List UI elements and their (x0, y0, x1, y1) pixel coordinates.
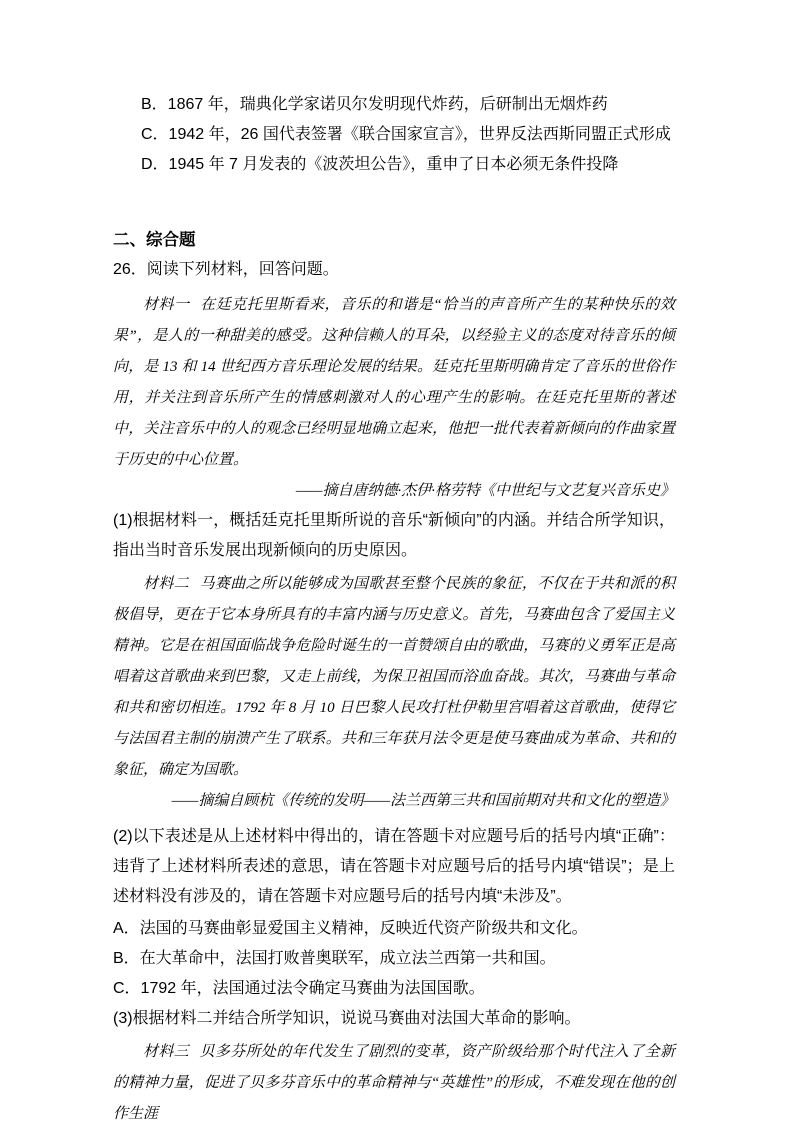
sub-question-2-option-b: B．在大革命中，法国打败普奥联军，成立法兰西第一共和国。 (113, 944, 675, 974)
material-1-text: 在廷克托里斯看来，音乐的和谐是“恰当的声音所产生的某种快乐的效果”，是人的一种甜… (113, 297, 675, 468)
sub-question-2: (2)以下表述是从上述材料中得出的，请在答题卡对应题号后的括号内填“正确”：违背… (113, 822, 675, 912)
material-1-source: ——摘自唐纳德·杰伊·格劳特《中世纪与文艺复兴音乐史》 (113, 476, 675, 506)
material-3-label: 材料三 (143, 1044, 189, 1060)
material-1-label: 材料一 (143, 297, 190, 313)
question-26-stem: 26．阅读下列材料，回答问题。 (113, 255, 675, 285)
material-2-paragraph: 材料二马赛曲之所以能够成为国歌甚至整个民族的象征，不仅在于共和派的积极倡导，更在… (113, 569, 675, 786)
material-3-text: 贝多芬所处的年代发生了剧烈的变革，资产阶级给那个时代注入了全新的精神力量，促进了… (113, 1044, 675, 1122)
sub-question-3: (3)根据材料二并结合所学知识，说说马赛曲对法国大革命的影响。 (113, 1004, 675, 1034)
sub-question-2-option-c: C．1792 年，法国通过法令确定马赛曲为法国国歌。 (113, 974, 675, 1004)
question-25-option-b: B．1867 年，瑞典化学家诺贝尔发明现代炸药，后研制出无烟炸药 (113, 90, 675, 120)
material-2-label: 材料二 (143, 576, 189, 592)
question-25-options: B．1867 年，瑞典化学家诺贝尔发明现代炸药，后研制出无烟炸药 C．1942 … (113, 90, 675, 180)
document-page: B．1867 年，瑞典化学家诺贝尔发明现代炸药，后研制出无烟炸药 C．1942 … (0, 0, 794, 1123)
material-2-source: ——摘编自顾杭《传统的发明——法兰西第三共和国前期对共和文化的塑造》 (113, 786, 675, 816)
material-2-text: 马赛曲之所以能够成为国歌甚至整个民族的象征，不仅在于共和派的积极倡导，更在于它本… (113, 576, 675, 778)
sub-question-2-options: A．法国的马赛曲彰显爱国主义精神，反映近代资产阶级共和文化。 B．在大革命中，法… (113, 914, 675, 1004)
material-1-paragraph: 材料一在廷克托里斯看来，音乐的和谐是“恰当的声音所产生的某种快乐的效果”，是人的… (113, 290, 675, 476)
sub-question-2-option-a: A．法国的马赛曲彰显爱国主义精神，反映近代资产阶级共和文化。 (113, 914, 675, 944)
question-25-option-d: D．1945 年 7 月发表的《波茨坦公告》，重申了日本必须无条件投降 (113, 150, 675, 180)
material-3-paragraph: 材料三贝多芬所处的年代发生了剧烈的变革，资产阶级给那个时代注入了全新的精神力量，… (113, 1037, 675, 1123)
sub-question-1: (1)根据材料一，概括廷克托里斯所说的音乐“新倾向”的内涵。并结合所学知识，指出… (113, 506, 675, 566)
section-heading: 二、综合题 (113, 225, 675, 255)
question-25-option-c: C．1942 年，26 国代表签署《联合国家宣言》，世界反法西斯同盟正式形成 (113, 120, 675, 150)
